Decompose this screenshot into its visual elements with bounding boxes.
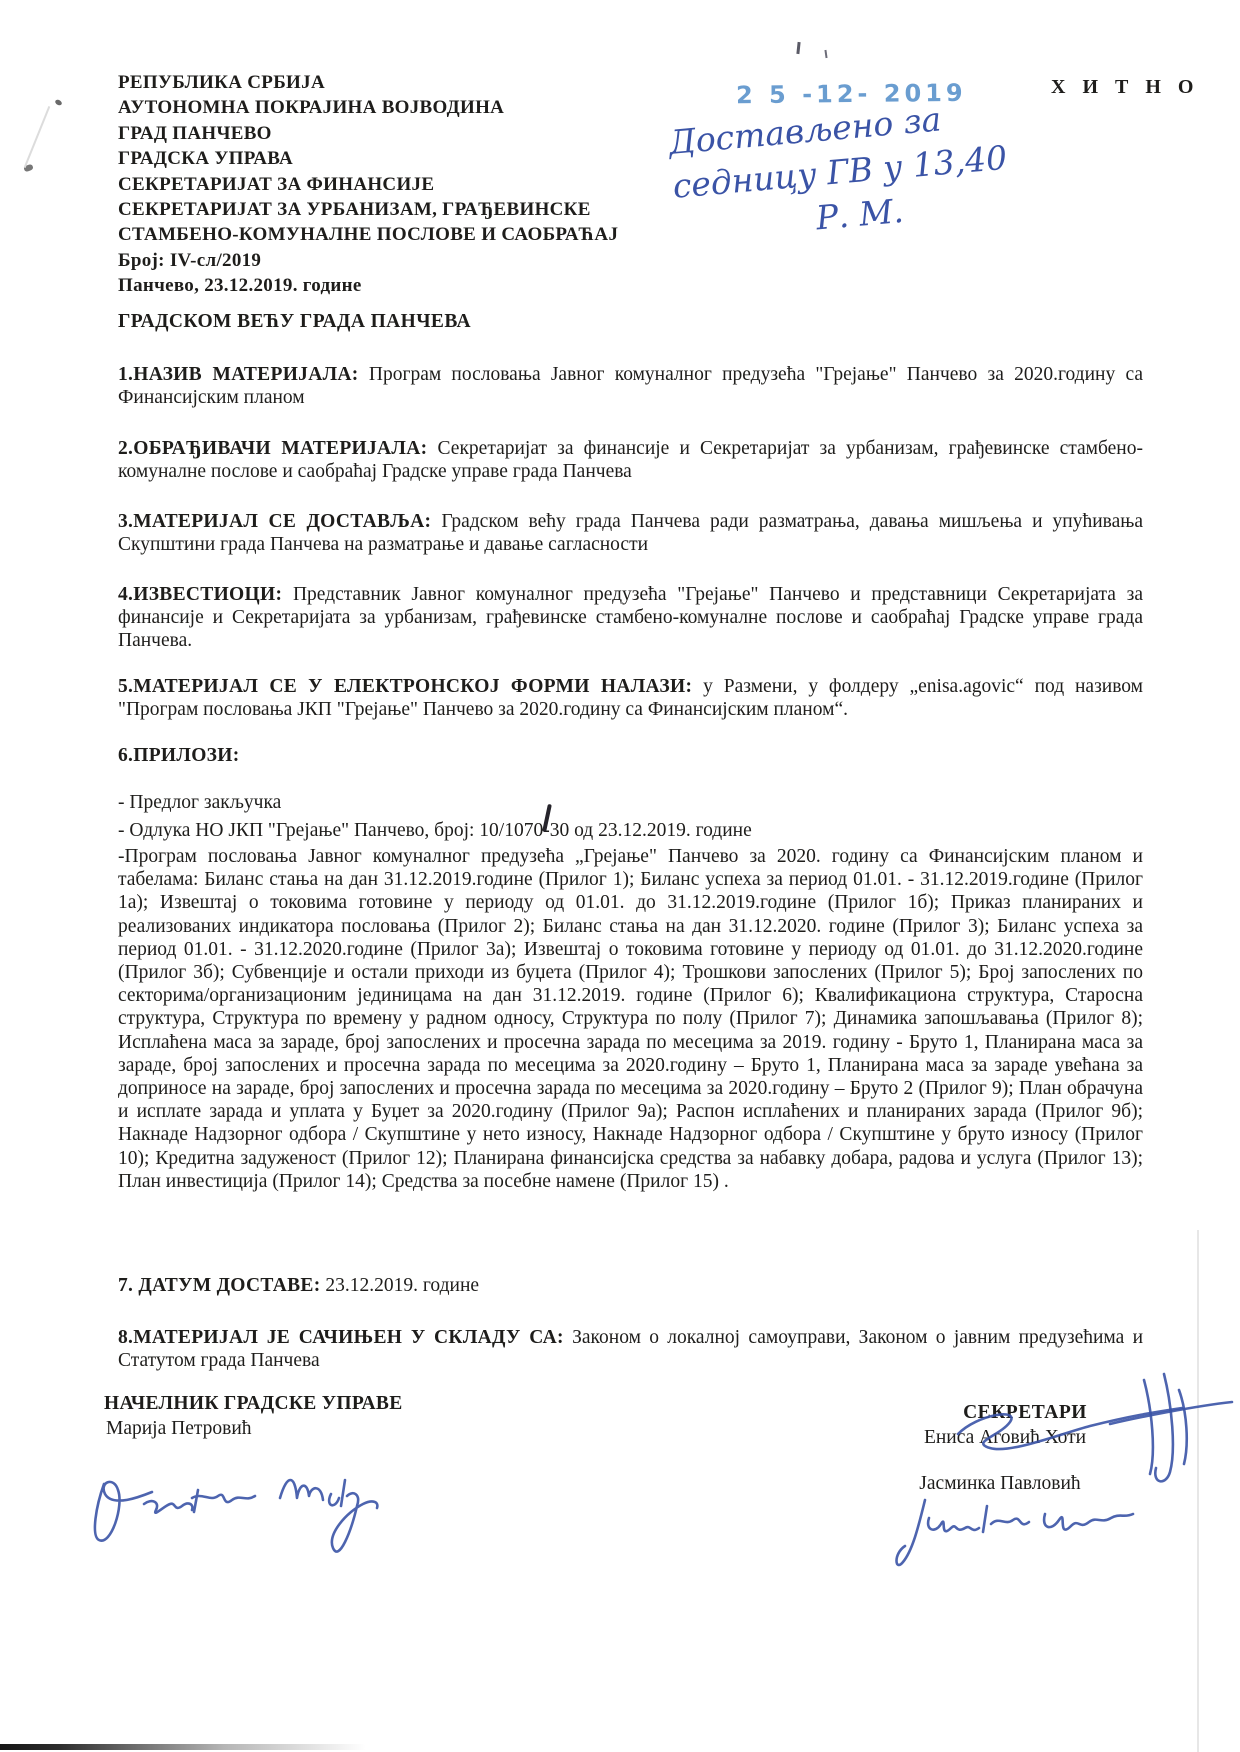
letterhead-line: ГРАД ПАНЧЕВО	[118, 121, 758, 146]
section-7-label: 7. ДАТУМ ДОСТАВЕ:	[118, 1275, 321, 1296]
signature-scribble-left	[88, 1446, 398, 1571]
section-7: 7. ДАТУМ ДОСТАВЕ: 23.12.2019. године	[118, 1274, 1143, 1297]
section-3-label: 3.МАТЕРИЈАЛ СЕ ДОСТАВЉА:	[118, 511, 431, 532]
section-2: 2.ОБРАЂИВАЧИ МАТЕРИЈАЛА: Секретаријат за…	[118, 437, 1143, 483]
attachment-item: - Одлука НО ЈКП "Грејање" Панчево, број:…	[118, 819, 1143, 842]
scan-mark	[796, 42, 800, 54]
section-1-label: 1.НАЗИВ МАТЕРИЈАЛА:	[118, 364, 359, 385]
section-8-label: 8.МАТЕРИЈАЛ ЈЕ САЧИЊЕН У СКЛАДУ СА:	[118, 1327, 564, 1348]
letterhead-line: СЕКРЕТАРИЈАТ ЗА УРБАНИЗАМ, ГРАЂЕВИНСКЕ	[118, 197, 758, 222]
letterhead-line: СТАМБЕНО-КОМУНАЛНЕ ПОСЛОВЕ И САОБРАЋАЈ	[118, 222, 758, 247]
scan-streak	[24, 106, 51, 168]
letterhead-line: РЕПУБЛИКА СРБИЈА	[118, 70, 758, 95]
section-7-text: 23.12.2019. године	[325, 1275, 479, 1296]
signer-title-left: НАЧЕЛНИК ГРАДСКЕ УПРАВЕ	[104, 1393, 403, 1415]
letterhead-line: ГРАДСКА УПРАВА	[118, 146, 758, 171]
document-number: Број: IV-сл/2019	[118, 248, 758, 273]
signer-name-left: Марија Петровић	[106, 1418, 252, 1440]
section-6: 6.ПРИЛОЗИ:	[118, 744, 1143, 767]
place-and-date: Панчево, 23.12.2019. године	[118, 273, 758, 298]
letterhead-line: АУТОНОМНА ПОКРАЈИНА ВОЈВОДИНА	[118, 95, 758, 120]
attachment-item: - Предлог закључка	[118, 791, 1143, 814]
section-6-label: 6.ПРИЛОЗИ:	[118, 745, 240, 766]
section-5: 5.МАТЕРИЈАЛ СЕ У ЕЛЕКТРОНСКОЈ ФОРМИ НАЛА…	[118, 675, 1143, 721]
addressee-line: ГРАДСКОМ ВЕЋУ ГРАДА ПАНЧЕВА	[118, 311, 471, 333]
scan-mark	[824, 50, 827, 58]
letterhead-line: СЕКРЕТАРИЈАТ ЗА ФИНАНСИЈЕ	[118, 172, 758, 197]
section-1: 1.НАЗИВ МАТЕРИЈАЛА: Програм пословања Ја…	[118, 363, 1143, 409]
section-2-label: 2.ОБРАЂИВАЧИ МАТЕРИЈАЛА:	[118, 438, 427, 459]
section-3: 3.МАТЕРИЈАЛ СЕ ДОСТАВЉА: Градском већу г…	[118, 510, 1143, 556]
scan-bottom-artifact	[0, 1744, 430, 1750]
signature-scribble-right-2	[893, 1484, 1158, 1579]
section-5-label: 5.МАТЕРИЈАЛ СЕ У ЕЛЕКТРОНСКОЈ ФОРМИ НАЛА…	[118, 676, 692, 697]
letterhead: РЕПУБЛИКА СРБИЈА АУТОНОМНА ПОКРАЈИНА ВОЈ…	[118, 70, 758, 299]
section-4: 4.ИЗВЕСТИОЦИ: Представник Јавног комунал…	[118, 583, 1143, 653]
attachment-item-program: -Програм пословања Јавног комуналног пре…	[118, 845, 1143, 1193]
scan-speck	[54, 99, 63, 107]
section-4-label: 4.ИЗВЕСТИОЦИ:	[118, 584, 282, 605]
scanned-document-page: РЕПУБЛИКА СРБИЈА АУТОНОМНА ПОКРАЈИНА ВОЈ…	[0, 0, 1240, 1752]
signature-scribble-right-1	[940, 1362, 1240, 1497]
